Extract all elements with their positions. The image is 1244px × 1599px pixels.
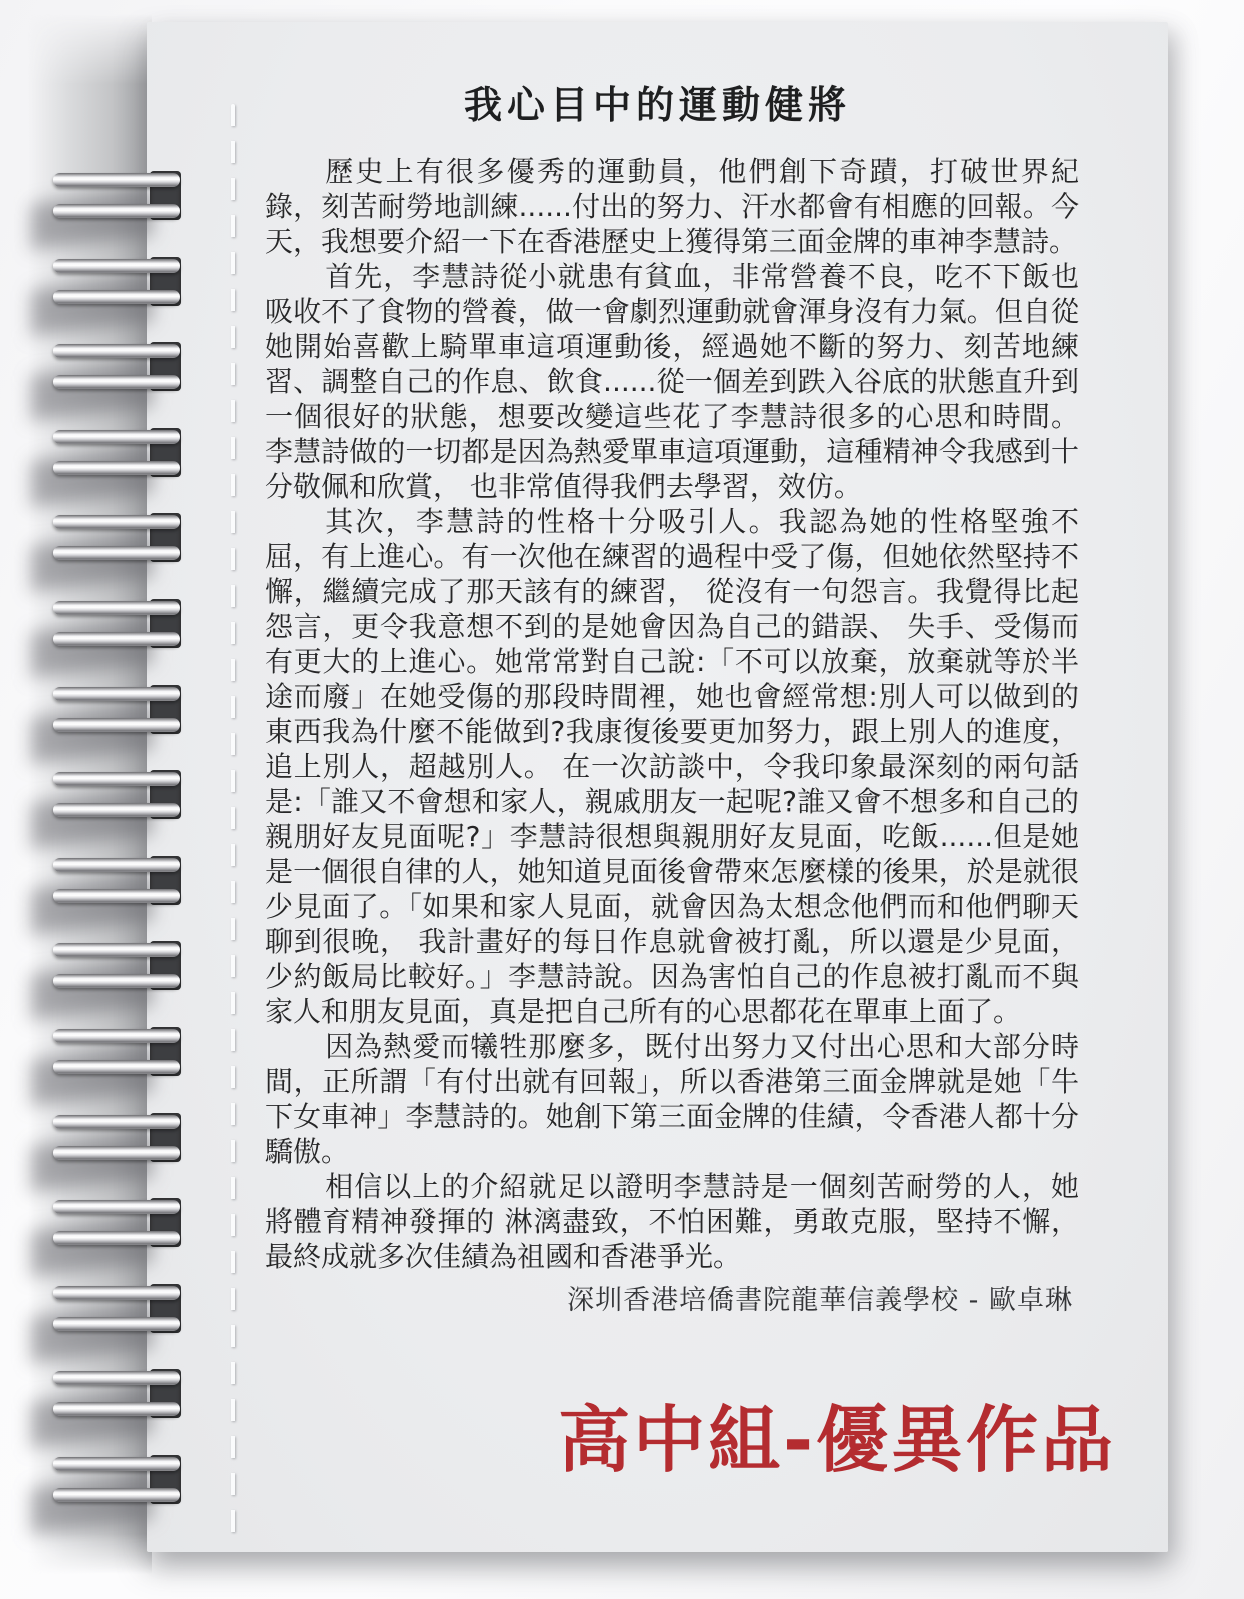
essay-body: 歷史上有很多優秀的運動員，他們創下奇蹟，打破世界紀錄，刻苦耐勞地訓練......…: [265, 154, 1079, 1274]
binding-wire-icon: [53, 1488, 180, 1502]
binding-ring-pair: [53, 515, 180, 561]
binding-ring-pair: [53, 1029, 180, 1075]
essay-paragraph: 歷史上有很多優秀的運動員，他們創下奇蹟，打破世界紀錄，刻苦耐勞地訓練......…: [265, 154, 1079, 259]
binding-wire-icon: [53, 1402, 180, 1416]
essay-paragraph: 首先，李慧詩從小就患有貧血，非常營養不良，吃不下飯也吸收不了食物的營養，做一會劇…: [265, 259, 1079, 504]
binding-wire-icon: [53, 344, 180, 358]
binding-wire-icon: [53, 259, 180, 273]
binding-ring-pair: [53, 1457, 180, 1503]
binding-wire-icon: [53, 1029, 180, 1043]
binding-wire-icon: [53, 1231, 180, 1245]
binding-wire-icon: [53, 546, 180, 560]
binding-wire-icon: [53, 858, 180, 872]
binding-wire-icon: [53, 1317, 180, 1331]
binding-wire-icon: [53, 1200, 180, 1214]
essay-paragraph: 其次，李慧詩的性格十分吸引人。我認為她的性格堅強不屈，有上進心。有一次他在練習的…: [265, 504, 1079, 1029]
binding-wire-icon: [53, 375, 180, 389]
binding-ring-pair: [53, 1371, 180, 1417]
binding-ring-pair: [53, 943, 180, 989]
notebook-scene: 我心目中的運動健將 歷史上有很多優秀的運動員，他們創下奇蹟，打破世界紀錄，刻苦耐…: [0, 0, 1244, 1599]
binding-wire-icon: [53, 173, 180, 187]
award-stamp: 高中組-優異作品: [558, 1382, 1116, 1486]
perforation-dashed-line: [231, 104, 235, 1540]
binding-ring-pair: [53, 772, 180, 818]
binding-wire-icon: [53, 515, 180, 529]
author-attribution: 深圳香港培僑書院龍華信義學校 - 歐卓琳: [265, 1278, 1079, 1317]
binding-wire-icon: [53, 718, 180, 732]
essay-title: 我心目中的運動健將: [147, 74, 1168, 129]
binding-ring-pair: [53, 430, 180, 476]
binding-ring-pair: [53, 858, 180, 904]
binding-wire-icon: [53, 1060, 180, 1074]
binding-wire-icon: [53, 772, 180, 786]
binding-wire-icon: [53, 1371, 180, 1385]
binding-wire-icon: [53, 943, 180, 957]
binding-ring-pair: [53, 1200, 180, 1246]
notebook-page: 我心目中的運動健將 歷史上有很多優秀的運動員，他們創下奇蹟，打破世界紀錄，刻苦耐…: [147, 22, 1168, 1552]
binding-wire-icon: [53, 1146, 180, 1160]
essay-paragraph: 相信以上的介紹就足以證明李慧詩是一個刻苦耐勞的人，她將體育精神發揮的 淋漓盡致，…: [265, 1169, 1079, 1274]
binding-ring-pair: [53, 1286, 180, 1332]
binding-wire-icon: [53, 1457, 180, 1471]
binding-wire-icon: [53, 1286, 180, 1300]
binding-wire-icon: [53, 632, 180, 646]
binding-wire-icon: [53, 290, 180, 304]
binding-wire-icon: [53, 204, 180, 218]
binding-ring-pair: [53, 601, 180, 647]
binding-ring-pair: [53, 687, 180, 733]
binding-wire-icon: [53, 430, 180, 444]
binding-ring-pair: [53, 344, 180, 390]
binding-ring-pair: [53, 1115, 180, 1161]
binding-wire-icon: [53, 1115, 180, 1129]
binding-wire-icon: [53, 889, 180, 903]
binding-ring-pair: [53, 259, 180, 305]
essay-paragraph: 因為熱愛而犧牲那麼多，既付出努力又付出心思和大部分時間，正所謂「有付出就有回報」…: [265, 1029, 1079, 1169]
binding-wire-icon: [53, 803, 180, 817]
binding-wire-icon: [53, 974, 180, 988]
binding-ring-pair: [53, 173, 180, 219]
binding-wire-icon: [53, 461, 180, 475]
binding-wire-icon: [53, 601, 180, 615]
binding-wire-icon: [53, 687, 180, 701]
